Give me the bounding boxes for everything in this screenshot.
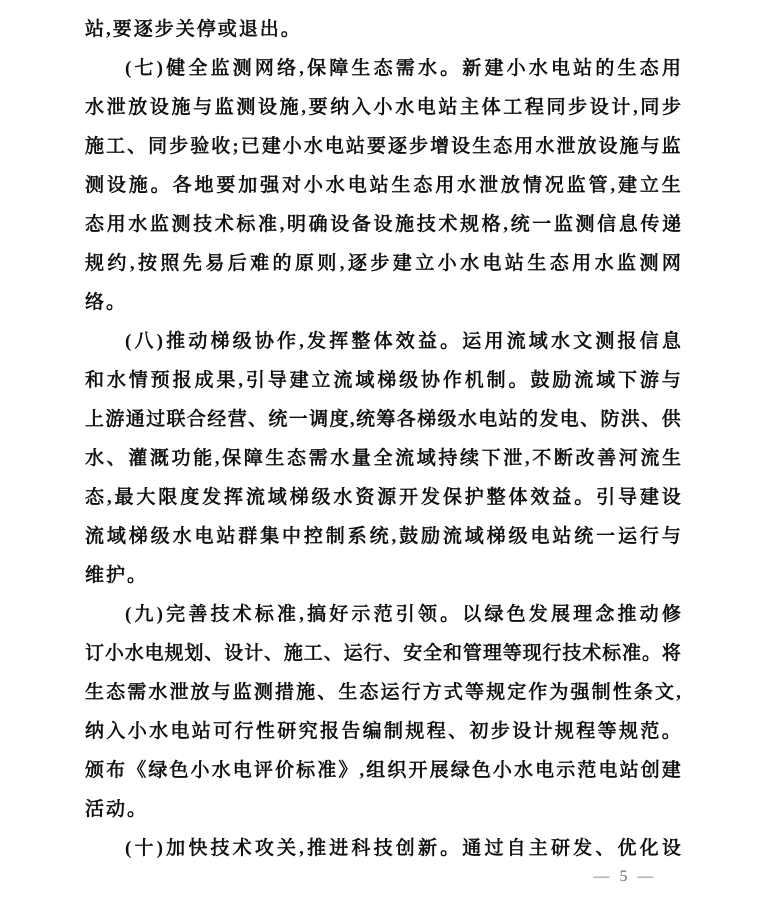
text-line: 纳入小水电站可行性研究报告编制规程、初步设计规程等规范。 <box>85 712 681 751</box>
document-body: 站,要逐步关停或退出。(七)健全监测网络,保障生态需水。新建小水电站的生态用水泄… <box>85 10 681 868</box>
text-line: 颁布《绿色小水电评价标准》,组织开展绿色小水电示范电站创建 <box>85 751 681 790</box>
text-line: 施工、同步验收;已建小水电站要逐步增设生态用水泄放设施与监 <box>85 127 681 166</box>
text-line: (八)推动梯级协作,发挥整体效益。运用流域水文测报信息 <box>85 322 681 361</box>
text-line: 和水情预报成果,引导建立流域梯级协作机制。鼓励流域下游与 <box>85 361 681 400</box>
text-line: 水泄放设施与监测设施,要纳入小水电站主体工程同步设计,同步 <box>85 88 681 127</box>
text-line: 生态需水泄放与监测措施、生态运行方式等规定作为强制性条文, <box>85 673 681 712</box>
text-line: 维护。 <box>85 556 681 595</box>
text-line: (十)加快技术攻关,推进科技创新。通过自主研发、优化设 <box>85 829 681 868</box>
page-number: — 5 — <box>575 864 675 890</box>
text-line: 络。 <box>85 283 681 322</box>
text-line: 订小水电规划、设计、施工、运行、安全和管理等现行技术标准。将 <box>85 634 681 673</box>
text-line: (九)完善技术标准,搞好示范引领。以绿色发展理念推动修 <box>85 595 681 634</box>
text-line: 活动。 <box>85 790 681 829</box>
text-line: 测设施。各地要加强对小水电站生态用水泄放情况监管,建立生 <box>85 166 681 205</box>
text-line: 流域梯级水电站群集中控制系统,鼓励流域梯级电站统一运行与 <box>85 517 681 556</box>
text-line: (七)健全监测网络,保障生态需水。新建小水电站的生态用 <box>85 49 681 88</box>
text-line: 水、灌溉功能,保障生态需水量全流域持续下泄,不断改善河流生 <box>85 439 681 478</box>
text-line: 规约,按照先易后难的原则,逐步建立小水电站生态用水监测网 <box>85 244 681 283</box>
text-line: 站,要逐步关停或退出。 <box>85 10 681 49</box>
text-line: 上游通过联合经营、统一调度,统筹各梯级水电站的发电、防洪、供 <box>85 400 681 439</box>
text-line: 态用水监测技术标准,明确设备设施技术规格,统一监测信息传递 <box>85 205 681 244</box>
document-page: 站,要逐步关停或退出。(七)健全监测网络,保障生态需水。新建小水电站的生态用水泄… <box>0 0 763 906</box>
text-line: 态,最大限度发挥流域梯级水资源开发保护整体效益。引导建设 <box>85 478 681 517</box>
